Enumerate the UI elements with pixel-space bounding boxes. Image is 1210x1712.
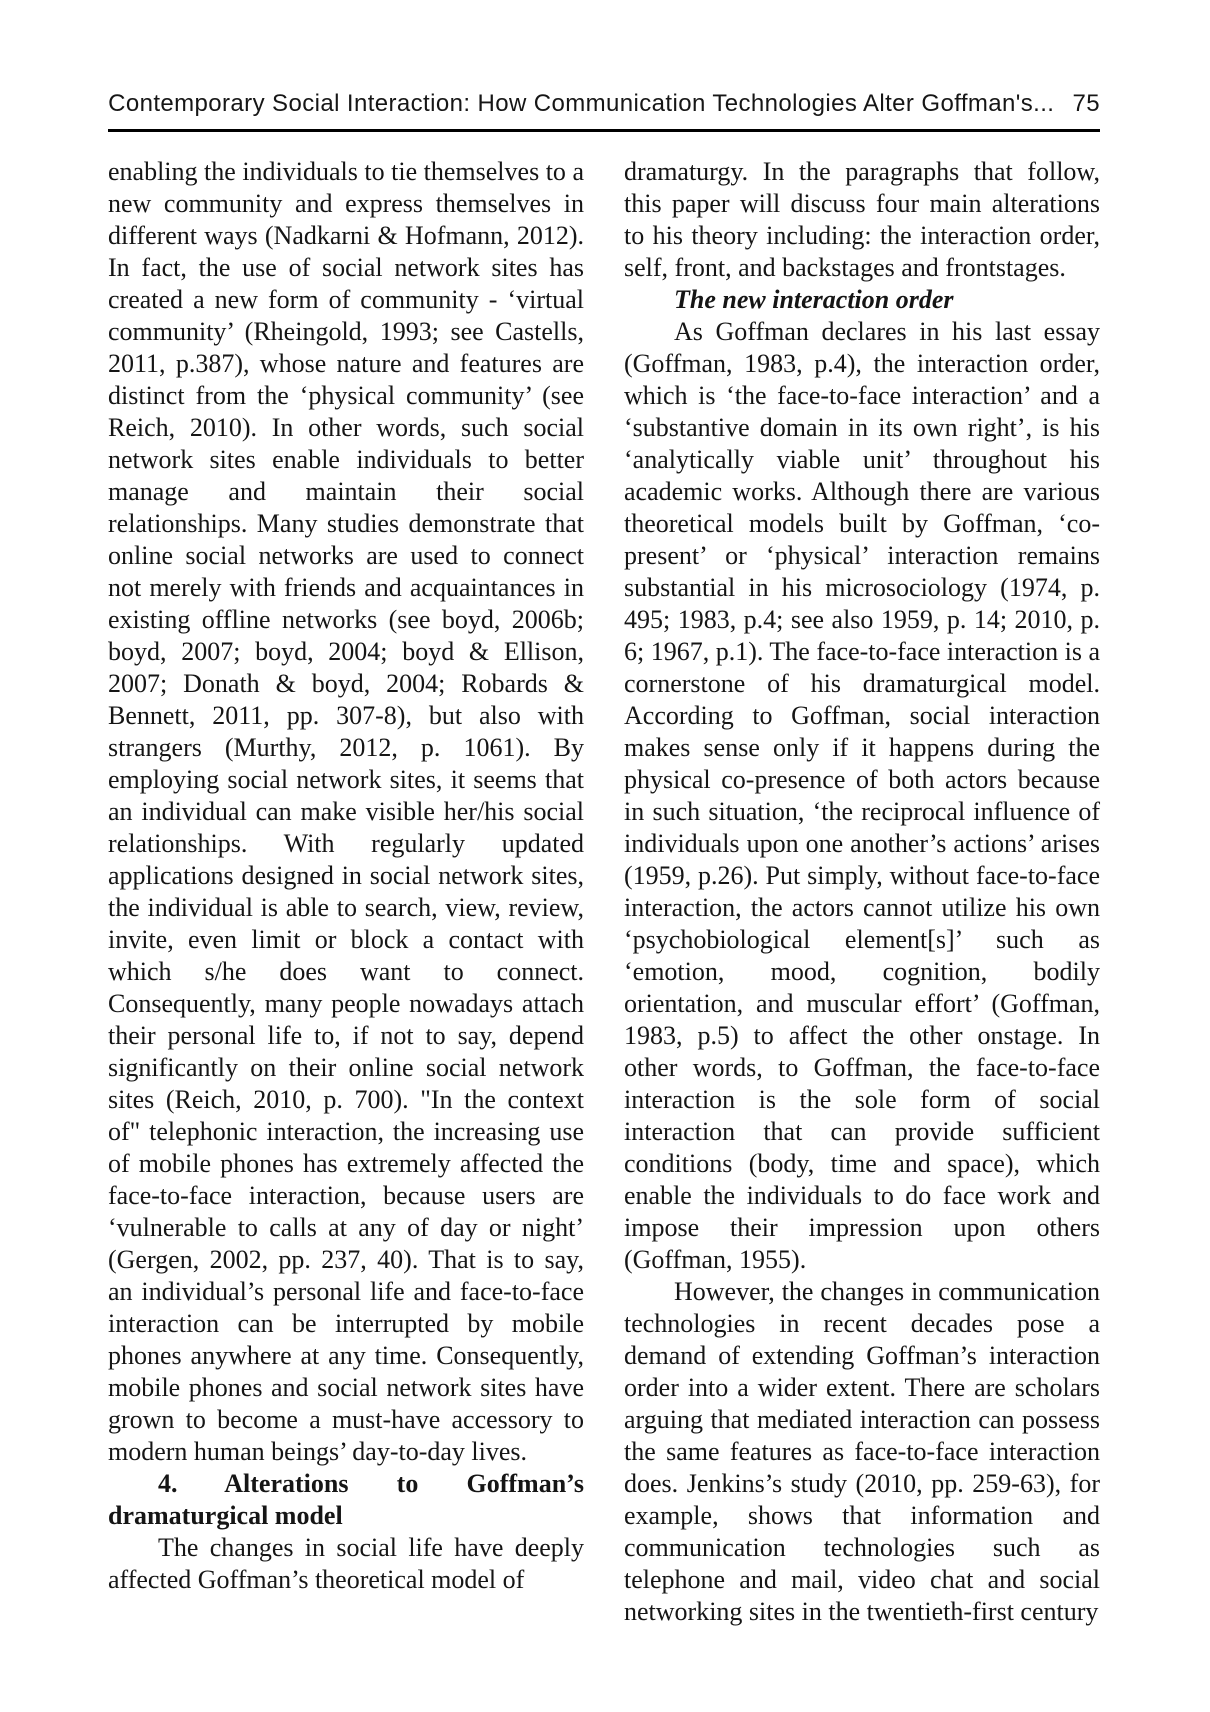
section-heading: 4. Alterations to Goffman’s dramaturgica…: [108, 1468, 584, 1532]
header-rule: [108, 129, 1100, 132]
paper-page: Contemporary Social Interaction: How Com…: [0, 0, 1210, 1712]
body-paragraph: As Goffman declares in his last essay (G…: [624, 316, 1100, 1276]
page-number: 75: [1073, 90, 1101, 118]
page-header: Contemporary Social Interaction: How Com…: [108, 90, 1100, 118]
two-column-body: enabling the individuals to tie themselv…: [108, 156, 1100, 1628]
body-paragraph: The changes in social life have deeply a…: [108, 1532, 584, 1596]
left-column: enabling the individuals to tie themselv…: [108, 156, 584, 1628]
subsection-heading: The new interaction order: [624, 284, 1100, 316]
body-paragraph: However, the changes in communication te…: [624, 1276, 1100, 1628]
body-paragraph-continuation: dramaturgy. In the paragraphs that follo…: [624, 156, 1100, 284]
running-head-title: Contemporary Social Interaction: How Com…: [108, 90, 1055, 118]
right-column: dramaturgy. In the paragraphs that follo…: [624, 156, 1100, 1628]
body-paragraph-continuation: enabling the individuals to tie themselv…: [108, 156, 584, 1468]
